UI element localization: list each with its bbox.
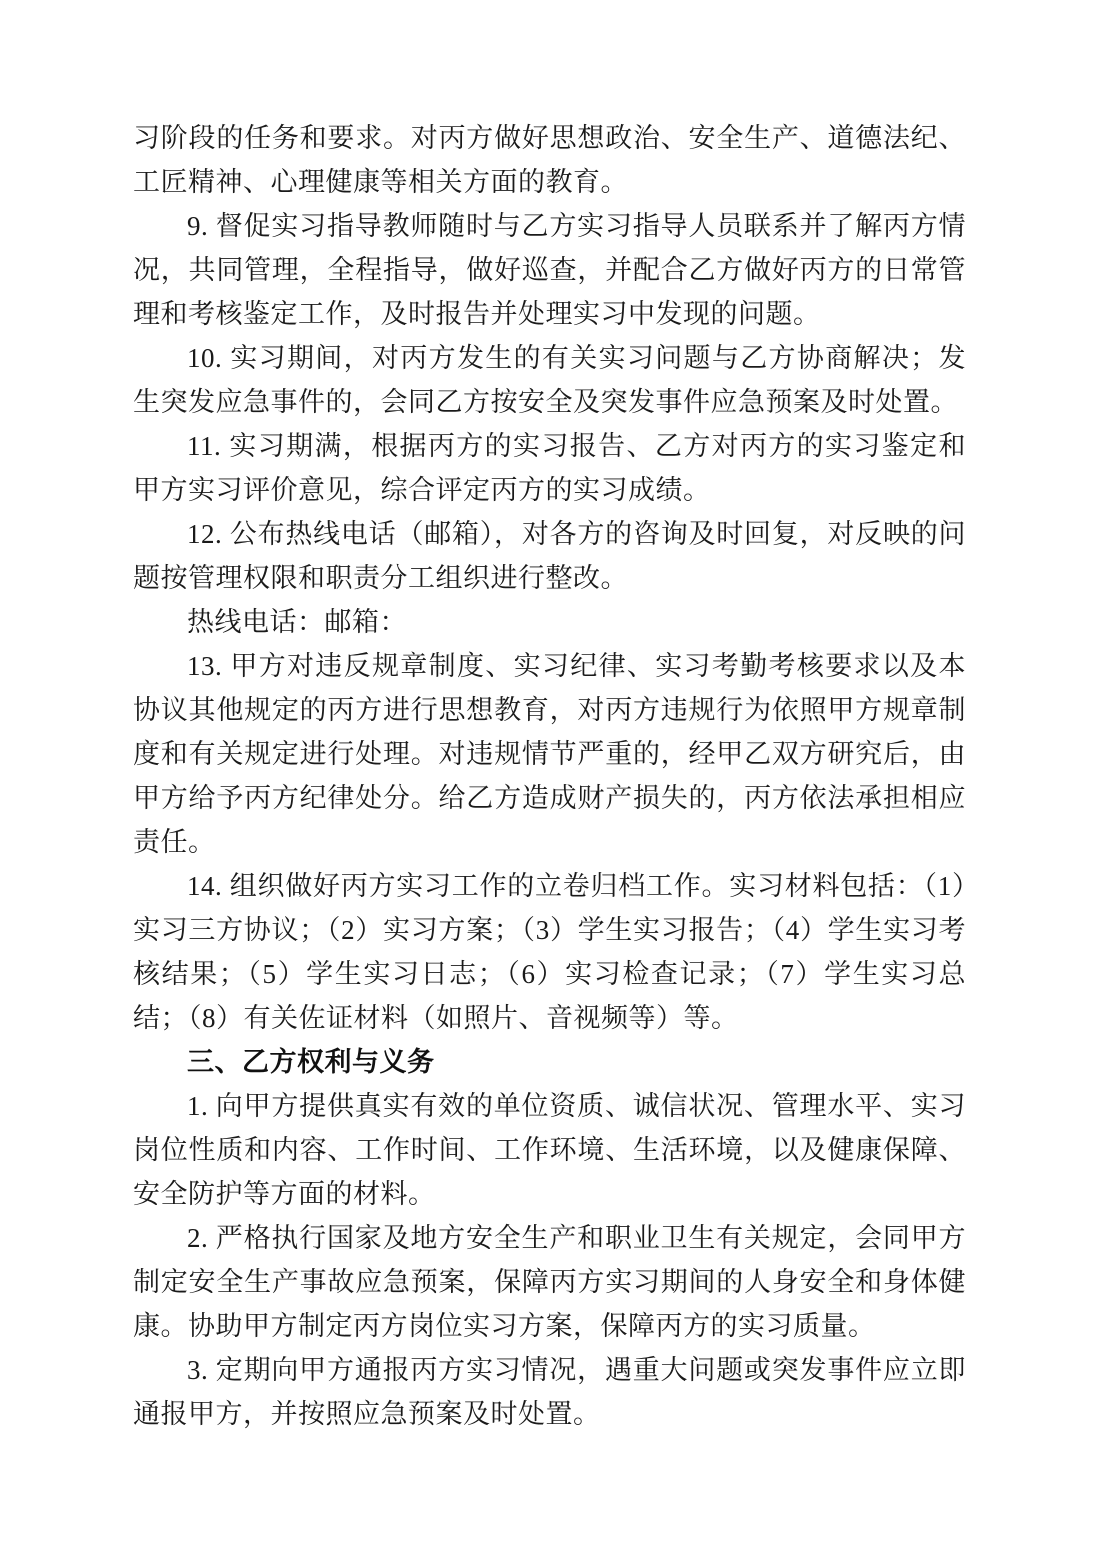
hotline-email-line: 热线电话：邮箱： [133, 600, 966, 644]
document-page: 习阶段的任务和要求。对丙方做好思想政治、安全生产、道德法纪、工匠精神、心理健康等… [0, 0, 1102, 1559]
clause-13: 13. 甲方对违反规章制度、实习纪律、实习考勤考核要求以及本协议其他规定的丙方进… [133, 644, 966, 864]
clause-b1: 1. 向甲方提供真实有效的单位资质、诚信状况、管理水平、实习岗位性质和内容、工作… [133, 1084, 966, 1216]
clause-9: 9. 督促实习指导教师随时与乙方实习指导人员联系并了解丙方情况，共同管理，全程指… [133, 204, 966, 336]
clause-14: 14. 组织做好丙方实习工作的立卷归档工作。实习材料包括：（1）实习三方协议；（… [133, 864, 966, 1040]
clause-12: 12. 公布热线电话（邮箱），对各方的咨询及时回复，对反映的问题按管理权限和职责… [133, 512, 966, 600]
document-content: 习阶段的任务和要求。对丙方做好思想政治、安全生产、道德法纪、工匠精神、心理健康等… [133, 116, 966, 1436]
section-heading-party-b-rights: 三、乙方权利与义务 [133, 1040, 966, 1084]
clause-11: 11. 实习期满，根据丙方的实习报告、乙方对丙方的实习鉴定和甲方实习评价意见，综… [133, 424, 966, 512]
clause-10: 10. 实习期间，对丙方发生的有关实习问题与乙方协商解决；发生突发应急事件的，会… [133, 336, 966, 424]
clause-b2: 2. 严格执行国家及地方安全生产和职业卫生有关规定，会同甲方制定安全生产事故应急… [133, 1216, 966, 1348]
paragraph-continuation: 习阶段的任务和要求。对丙方做好思想政治、安全生产、道德法纪、工匠精神、心理健康等… [133, 116, 966, 204]
clause-b3: 3. 定期向甲方通报丙方实习情况，遇重大问题或突发事件应立即通报甲方，并按照应急… [133, 1348, 966, 1436]
